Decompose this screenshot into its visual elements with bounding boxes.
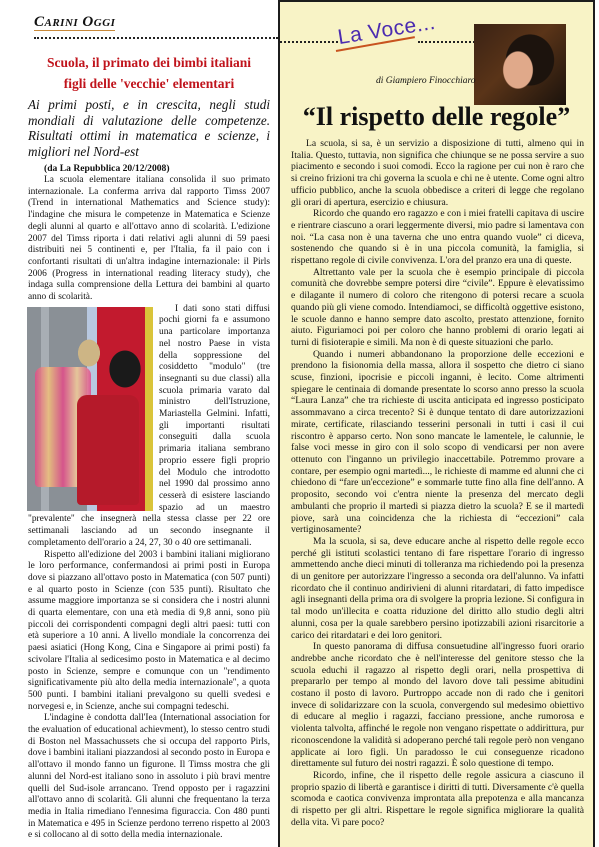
opinion-paragraph: Ma la scuola, si sa, deve educare anche … — [291, 536, 584, 641]
section-logo: La Voce... — [336, 11, 437, 50]
author-portrait — [474, 24, 566, 105]
article-headline-line-1: Scuola, il primato dei bimbi italiani — [28, 52, 270, 73]
article-paragraph: La scuola elementare italiana consolida … — [28, 175, 270, 304]
children-photo — [27, 307, 153, 511]
opinion-paragraph: Ricordo che quando ero ragazzo e con i m… — [291, 208, 584, 267]
opinion-column: La Voce... di Giampiero Finocchiaro “Il … — [278, 0, 595, 847]
dotted-divider — [280, 41, 338, 43]
article-paragraph: L'indagine è condotta dall'Iea (Internat… — [28, 713, 270, 842]
opinion-paragraph: Altrettanto vale per la scuola che è ese… — [291, 267, 584, 349]
article-headline-line-2: figli delle 'vecchie' elementari — [28, 73, 270, 94]
opinion-paragraph: Quando i numeri abbandonano la proporzio… — [291, 349, 584, 536]
dotted-divider — [34, 37, 278, 39]
opinion-body: La scuola, si sa, è un servizio a dispos… — [291, 138, 584, 828]
article-body: La scuola elementare italiana consolida … — [28, 175, 270, 842]
article-subhead: Ai primi posti, e in crescita, negli stu… — [28, 97, 270, 159]
author-byline: di Giampiero Finocchiaro — [376, 76, 476, 86]
masthead-title: Carini Oggi — [34, 14, 115, 31]
article-source: (da La Repubblica 20/12/2008) — [44, 163, 270, 175]
dotted-divider — [418, 41, 475, 43]
article-paragraph: Rispetto all'edizione del 2003 i bambini… — [28, 550, 270, 714]
opinion-paragraph: In questo panorama di diffusa consuetudi… — [291, 641, 584, 770]
opinion-title: “Il rispetto delle regole” — [280, 102, 593, 132]
opinion-paragraph: La scuola, si sa, è un servizio a dispos… — [291, 138, 584, 208]
left-article: Scuola, il primato dei bimbi italiani fi… — [28, 52, 270, 842]
opinion-paragraph: Ricordo, infine, che il rispetto delle r… — [291, 770, 584, 829]
